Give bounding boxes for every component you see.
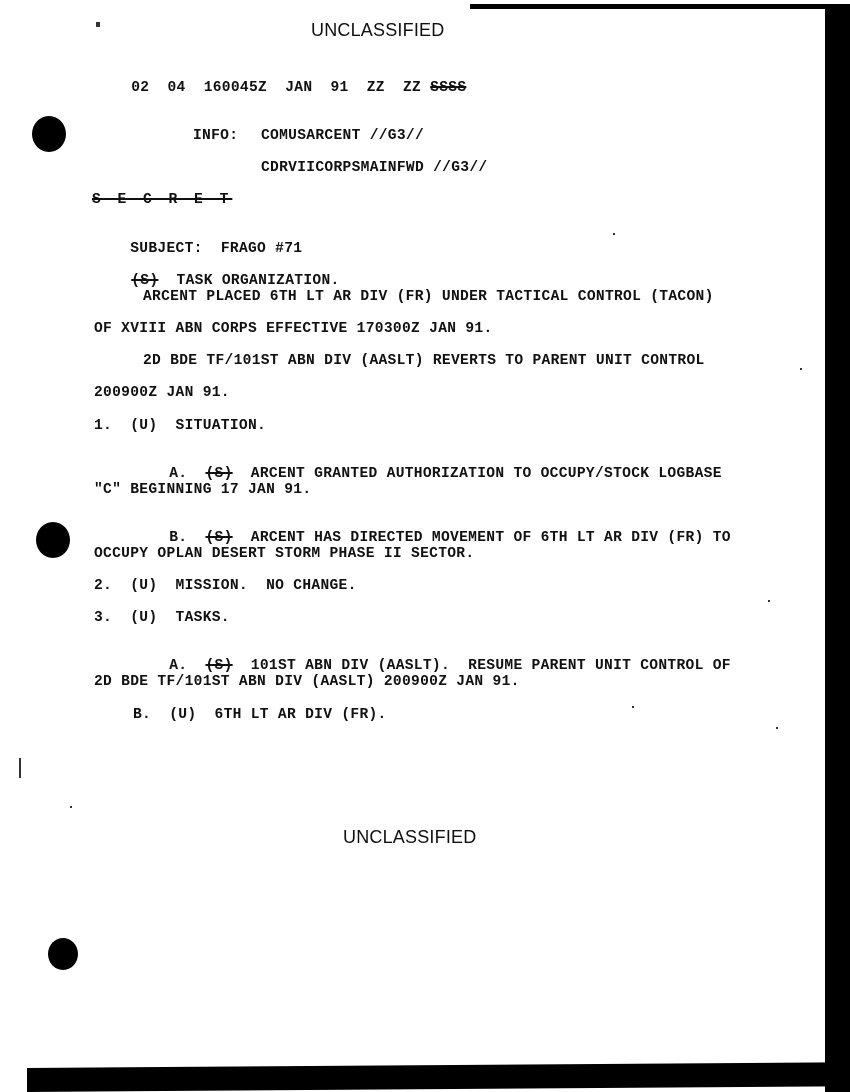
subject-value: FRAGO #71 (221, 241, 303, 257)
punch-hole-icon (36, 522, 70, 558)
scan-speck (613, 233, 615, 235)
task-org-title: TASK ORGANIZATION. (177, 273, 340, 289)
section-1a-line2: "C" BEGINNING 17 JAN 91. (94, 482, 311, 498)
classification-marking-bottom: UNCLASSIFIED (343, 827, 476, 848)
section-1a-text: ARCENT GRANTED AUTHORIZATION TO OCCUPY/S… (233, 466, 722, 482)
punch-hole-icon (48, 938, 78, 970)
section-3a-line2: 2D BDE TF/101ST ABN DIV (AASLT) 200900Z … (94, 674, 520, 690)
section-3a-prefix: A. (169, 658, 205, 674)
document-page: UNCLASSIFIED 02 04 160045Z JAN 91 ZZ ZZ … (0, 0, 850, 1092)
task-org-para1-line2: OF XVIII ABN CORPS EFFECTIVE 170300Z JAN… (94, 321, 493, 337)
scan-speck (768, 600, 770, 602)
section-1a-prefix: A. (169, 466, 205, 482)
scan-speck (96, 22, 100, 27)
task-org-marking: (S) (131, 273, 158, 289)
section-1b-line2: OCCUPY OPLAN DESERT STORM PHASE II SECTO… (94, 546, 474, 562)
classification-marking-top: UNCLASSIFIED (311, 20, 444, 41)
scan-edge-bottom (27, 1062, 850, 1092)
task-org-para1-line1: ARCENT PLACED 6TH LT AR DIV (FR) UNDER T… (143, 289, 714, 305)
section-1-title: 1. (U) SITUATION. (94, 418, 266, 434)
scan-speck (776, 727, 778, 729)
scan-edge-right (825, 4, 850, 1092)
dtg-line: 02 04 160045Z JAN 91 ZZ ZZ SSSS (95, 64, 466, 112)
section-2-title: 2. (U) MISSION. NO CHANGE. (94, 578, 357, 594)
scan-speck (632, 706, 634, 708)
section-1b-marking: (S) (205, 530, 232, 546)
task-org-para2-line1: 2D BDE TF/101ST ABN DIV (AASLT) REVERTS … (143, 353, 705, 369)
section-3a-text: 101ST ABN DIV (AASLT). RESUME PARENT UNI… (233, 658, 731, 674)
subject-label: SUBJECT: (130, 241, 202, 257)
dtg-text: 02 04 160045Z JAN 91 ZZ ZZ (131, 80, 430, 96)
task-org-para2-line2: 200900Z JAN 91. (94, 385, 230, 401)
punch-hole-icon (32, 116, 66, 152)
section-3a-marking: (S) (205, 658, 232, 674)
info-label: INFO: (193, 128, 238, 144)
section-1b-prefix: B. (169, 530, 205, 546)
scan-mark (19, 758, 21, 778)
scan-speck (800, 368, 802, 370)
section-3-title: 3. (U) TASKS. (94, 610, 230, 626)
classification-struck: S E C R E T (92, 192, 232, 208)
section-1a-marking: (S) (205, 466, 232, 482)
scan-edge-top (470, 4, 830, 9)
section-3b-line1: B. (U) 6TH LT AR DIV (FR). (133, 707, 387, 723)
section-1b-text: ARCENT HAS DIRECTED MOVEMENT OF 6TH LT A… (233, 530, 731, 546)
scan-speck (70, 806, 72, 808)
info-addressee-2: CDRVIICORPSMAINFWD //G3// (261, 160, 487, 176)
dtg-struck: SSSS (430, 80, 466, 96)
info-addressee-1: COMUSARCENT //G3// (261, 128, 424, 144)
